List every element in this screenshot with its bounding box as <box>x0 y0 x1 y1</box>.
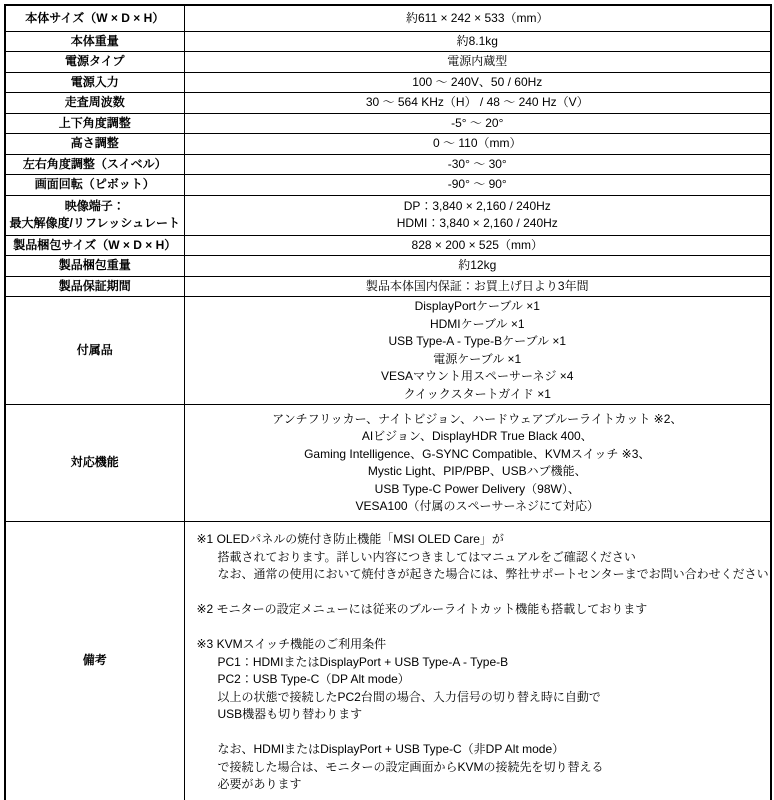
spec-value-line: USB Type-C Power Delivery（98W）、 <box>189 481 767 499</box>
spec-label-line: 付属品 <box>8 342 182 360</box>
spec-value-tilt-adjust: -5° ～ 20° <box>184 113 771 134</box>
spec-value-line: 電源ケーブル ×1 <box>189 351 767 369</box>
spec-label-tilt-adjust: 上下角度調整 <box>5 113 184 134</box>
spec-value-line: HDMI：3,840 × 2,160 / 240Hz <box>189 215 767 233</box>
spec-label-package-size: 製品梱包サイズ（W × D × H） <box>5 235 184 256</box>
spec-label-power-input: 電源入力 <box>5 72 184 93</box>
spec-label-height-adjust: 高さ調整 <box>5 134 184 155</box>
spec-label-power-type: 電源タイプ <box>5 52 184 73</box>
spec-label-line: 製品梱包重量 <box>8 257 182 275</box>
spec-value-video-ports-max-resolution: DP：3,840 × 2,160 / 240HzHDMI：3,840 × 2,1… <box>184 195 771 235</box>
spec-value-height-adjust: 0 ～ 110（mm） <box>184 134 771 155</box>
spec-value-warranty-period: 製品本体国内保証：お買上げ日より3年間 <box>184 276 771 297</box>
spec-sheet-page: 本体サイズ（W × D × H）約611 × 242 × 533（mm）本体重量… <box>0 0 774 800</box>
spec-label-line: 走査周波数 <box>8 94 182 112</box>
spec-value-line: アンチフリッカー、ナイトビジョン、ハードウェアブルーライトカット ※2、 <box>189 411 767 429</box>
spec-value-notes: ※1 OLEDパネルの焼付き防止機能「MSI OLED Care」が搭載されてお… <box>184 522 771 800</box>
table-row: 本体重量約8.1kg <box>5 31 771 52</box>
spec-label-notes: 備考 <box>5 522 184 800</box>
spec-value-line: ※3 KVMスイッチ機能のご利用条件 <box>197 636 765 654</box>
spec-value-line: 必要があります <box>197 776 765 794</box>
spec-label-accessories: 付属品 <box>5 297 184 405</box>
spec-value-body-size: 約611 × 242 × 533（mm） <box>184 5 771 31</box>
spec-value-line: 100 ～ 240V、50 / 60Hz <box>189 74 767 92</box>
table-row: 製品保証期間製品本体国内保証：お買上げ日より3年間 <box>5 276 771 297</box>
spec-value-line: 以上の状態で接続したPC2台間の場合、入力信号の切り替え時に自動で <box>197 689 765 707</box>
spec-value-power-type: 電源内蔵型 <box>184 52 771 73</box>
spec-value-line: なお、通常の使用において焼付きが起きた場合には、弊社サポートセンターまでお問い合… <box>197 566 765 584</box>
spec-label-line: 最大解像度/リフレッシュレート <box>8 215 182 233</box>
spec-label-body-weight: 本体重量 <box>5 31 184 52</box>
spec-label-line: 上下角度調整 <box>8 115 182 133</box>
spec-label-line: 映像端子： <box>8 198 182 216</box>
table-row: 製品梱包サイズ（W × D × H）828 × 200 × 525（mm） <box>5 235 771 256</box>
table-row: 本体サイズ（W × D × H）約611 × 242 × 533（mm） <box>5 5 771 31</box>
spec-value-line: 製品本体国内保証：お買上げ日より3年間 <box>189 278 767 296</box>
spec-value-body-weight: 約8.1kg <box>184 31 771 52</box>
spec-label-video-ports-max-resolution: 映像端子：最大解像度/リフレッシュレート <box>5 195 184 235</box>
spec-label-supported-features: 対応機能 <box>5 405 184 522</box>
spec-label-body-size: 本体サイズ（W × D × H） <box>5 5 184 31</box>
spec-value-line: -30° ～ 30° <box>189 156 767 174</box>
spec-value-line: クイックスタートガイド ×1 <box>189 386 767 404</box>
spec-value-line: 搭載されております。詳しい内容につきましてはマニュアルをご確認ください <box>197 549 765 567</box>
spec-label-warranty-period: 製品保証期間 <box>5 276 184 297</box>
spec-value-line: 電源内蔵型 <box>189 53 767 71</box>
spec-value-line: USB Type-A - Type-Bケーブル ×1 <box>189 333 767 351</box>
spec-value-scan-frequency: 30 ～ 564 KHz（H） / 48 ～ 240 Hz（V） <box>184 93 771 114</box>
spec-value-line: 約611 × 242 × 533（mm） <box>189 10 767 28</box>
table-row: 走査周波数30 ～ 564 KHz（H） / 48 ～ 240 Hz（V） <box>5 93 771 114</box>
spec-label-line: 備考 <box>8 652 182 670</box>
spec-label-line: 対応機能 <box>8 454 182 472</box>
spec-value-line: 約8.1kg <box>189 33 767 51</box>
table-row: 電源入力100 ～ 240V、50 / 60Hz <box>5 72 771 93</box>
spec-value-line: AIビジョン、DisplayHDR True Black 400、 <box>189 428 767 446</box>
spec-value-line: USB機器も切り替わります <box>197 706 765 724</box>
spec-label-package-weight: 製品梱包重量 <box>5 256 184 277</box>
spec-label-line: 本体重量 <box>8 33 182 51</box>
spec-label-line: 画面回転（ピボット） <box>8 176 182 194</box>
spec-value-package-size: 828 × 200 × 525（mm） <box>184 235 771 256</box>
spec-value-line: PC2：USB Type-C（DP Alt mode） <box>197 671 765 689</box>
spec-label-line: 電源タイプ <box>8 53 182 71</box>
spec-value-line: ※2 モニターの設定メニューには従来のブルーライトカット機能も搭載しております <box>197 601 765 619</box>
spec-value-line <box>197 619 765 637</box>
table-row: 備考※1 OLEDパネルの焼付き防止機能「MSI OLED Care」が搭載され… <box>5 522 771 800</box>
spec-label-swivel-adjust: 左右角度調整（スイベル） <box>5 154 184 175</box>
spec-table-body: 本体サイズ（W × D × H）約611 × 242 × 533（mm）本体重量… <box>5 5 771 800</box>
spec-value-line <box>197 584 765 602</box>
spec-value-line: 0 ～ 110（mm） <box>189 135 767 153</box>
spec-value-line: -5° ～ 20° <box>189 115 767 133</box>
table-row: 高さ調整0 ～ 110（mm） <box>5 134 771 155</box>
spec-value-accessories: DisplayPortケーブル ×1HDMIケーブル ×1USB Type-A … <box>184 297 771 405</box>
spec-table: 本体サイズ（W × D × H）約611 × 242 × 533（mm）本体重量… <box>4 4 772 800</box>
spec-value-line: DP：3,840 × 2,160 / 240Hz <box>189 198 767 216</box>
spec-label-line: 電源入力 <box>8 74 182 92</box>
table-row: 製品梱包重量約12kg <box>5 256 771 277</box>
spec-value-pivot-rotation: -90° ～ 90° <box>184 175 771 196</box>
spec-value-power-input: 100 ～ 240V、50 / 60Hz <box>184 72 771 93</box>
spec-label-line: 製品梱包サイズ（W × D × H） <box>8 237 182 255</box>
spec-label-line: 高さ調整 <box>8 135 182 153</box>
spec-label-line: 本体サイズ（W × D × H） <box>8 10 182 28</box>
spec-value-line: 828 × 200 × 525（mm） <box>189 237 767 255</box>
spec-label-line: 製品保証期間 <box>8 278 182 296</box>
spec-label-line: 左右角度調整（スイベル） <box>8 156 182 174</box>
spec-value-supported-features: アンチフリッカー、ナイトビジョン、ハードウェアブルーライトカット ※2、AIビジ… <box>184 405 771 522</box>
spec-value-line: DisplayPortケーブル ×1 <box>189 298 767 316</box>
table-row: 上下角度調整-5° ～ 20° <box>5 113 771 134</box>
spec-value-line: PC1：HDMIまたはDisplayPort + USB Type-A - Ty… <box>197 654 765 672</box>
table-row: 画面回転（ピボット）-90° ～ 90° <box>5 175 771 196</box>
spec-label-pivot-rotation: 画面回転（ピボット） <box>5 175 184 196</box>
spec-value-line: -90° ～ 90° <box>189 176 767 194</box>
spec-value-line: で接続した場合は、モニターの設定画面からKVMの接続先を切り替える <box>197 759 765 777</box>
table-row: 電源タイプ電源内蔵型 <box>5 52 771 73</box>
table-row: 対応機能アンチフリッカー、ナイトビジョン、ハードウェアブルーライトカット ※2、… <box>5 405 771 522</box>
spec-value-package-weight: 約12kg <box>184 256 771 277</box>
spec-value-line: VESAマウント用スペーサーネジ ×4 <box>189 368 767 386</box>
spec-value-line: なお、HDMIまたはDisplayPort + USB Type-C（非DP A… <box>197 741 765 759</box>
spec-value-line: VESA100（付属のスペーサーネジにて対応） <box>189 498 767 516</box>
spec-value-line: 約12kg <box>189 257 767 275</box>
table-row: 付属品DisplayPortケーブル ×1HDMIケーブル ×1USB Type… <box>5 297 771 405</box>
spec-value-line: Mystic Light、PIP/PBP、USBハブ機能、 <box>189 463 767 481</box>
spec-value-line: 30 ～ 564 KHz（H） / 48 ～ 240 Hz（V） <box>189 94 767 112</box>
table-row: 左右角度調整（スイベル）-30° ～ 30° <box>5 154 771 175</box>
spec-label-scan-frequency: 走査周波数 <box>5 93 184 114</box>
spec-value-swivel-adjust: -30° ～ 30° <box>184 154 771 175</box>
table-row: 映像端子：最大解像度/リフレッシュレートDP：3,840 × 2,160 / 2… <box>5 195 771 235</box>
spec-value-line: Gaming Intelligence、G-SYNC Compatible、KV… <box>189 446 767 464</box>
spec-value-line: ※1 OLEDパネルの焼付き防止機能「MSI OLED Care」が <box>197 531 765 549</box>
spec-value-line: HDMIケーブル ×1 <box>189 316 767 334</box>
spec-value-line <box>197 724 765 742</box>
